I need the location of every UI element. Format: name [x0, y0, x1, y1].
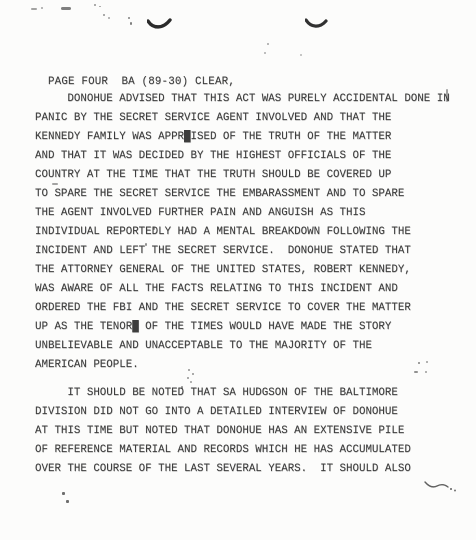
- document-line: INCIDENT AND LEFT THE SECRET SERVICE. DO…: [35, 242, 465, 261]
- document-line: TO SPARE THE SECRET SERVICE THE EMBARASS…: [35, 185, 465, 204]
- document-line: COUNTRY AT THE TIME THAT THE TRUTH SHOUL…: [35, 166, 465, 185]
- document-line: UNBELIEVABLE AND UNACCEPTABLE TO THE MAJ…: [35, 337, 465, 356]
- scan-speck: [62, 492, 65, 495]
- document-line: AT THIS TIME BUT NOTED THAT DONOHUE HAS …: [35, 422, 465, 441]
- document-line: DIVISION DID NOT GO INTO A DETAILED INTE…: [35, 403, 465, 422]
- scan-speck: [267, 43, 269, 45]
- scan-speck: [103, 14, 105, 16]
- document-line: AND THAT IT WAS DECIDED BY THE HIGHEST O…: [35, 147, 465, 166]
- document-line: OVER THE COURSE OF THE LAST SEVERAL YEAR…: [35, 460, 465, 479]
- scan-speck: [300, 54, 302, 56]
- scan-speck: [130, 22, 132, 25]
- document-line: THE AGENT INVOLVED FURTHER PAIN AND ANGU…: [35, 204, 465, 223]
- document-line: UP AS THE TENOR█ OF THE TIMES WOULD HAVE…: [35, 318, 465, 337]
- scan-speck: [61, 7, 71, 10]
- pen-check-swoosh-right-icon: [305, 17, 329, 32]
- scan-speck: [128, 17, 130, 19]
- document-line: DONOHUE ADVISED THAT THIS ACT WAS PURELY…: [35, 90, 465, 109]
- scan-speck: [31, 8, 37, 10]
- scan-speck: [99, 6, 101, 7]
- document-line: PANIC BY THE SECRET SERVICE AGENT INVOLV…: [35, 109, 465, 128]
- scan-speck: [41, 7, 43, 9]
- scan-speck: [264, 52, 266, 54]
- document-line: IT SHOULD BE NOTED THAT SA HUDGSON OF TH…: [35, 384, 465, 403]
- document-line: ORDERED THE FBI AND THE SECRET SERVICE T…: [35, 299, 465, 318]
- document-body: DONOHUE ADVISED THAT THIS ACT WAS PURELY…: [35, 90, 465, 479]
- scan-speck: [108, 17, 110, 19]
- scan-speck: [66, 500, 69, 503]
- document-line: THE ATTORNEY GENERAL OF THE UNITED STATE…: [35, 261, 465, 280]
- document-line: KENNEDY FAMILY WAS APPR█ISED OF THE TRUT…: [35, 128, 465, 147]
- page-header: PAGE FOUR BA (89-30) CLEAR,: [48, 76, 235, 88]
- scanned-document-page: PAGE FOUR BA (89-30) CLEAR, DONOHUE ADVI…: [0, 0, 476, 540]
- document-line: OF REFERENCE MATERIAL AND RECORDS WHICH …: [35, 441, 465, 460]
- document-line: WAS AWARE OF ALL THE FACTS RELATING TO T…: [35, 280, 465, 299]
- pen-check-swoosh-left-icon: [147, 17, 173, 33]
- pen-squiggle-icon: [424, 480, 458, 494]
- document-line: AMERICAN PEOPLE.: [35, 356, 465, 375]
- document-line: INDIVIDUAL REPORTEDLY HAD A MENTAL BREAK…: [35, 223, 465, 242]
- scan-speck: [94, 4, 96, 6]
